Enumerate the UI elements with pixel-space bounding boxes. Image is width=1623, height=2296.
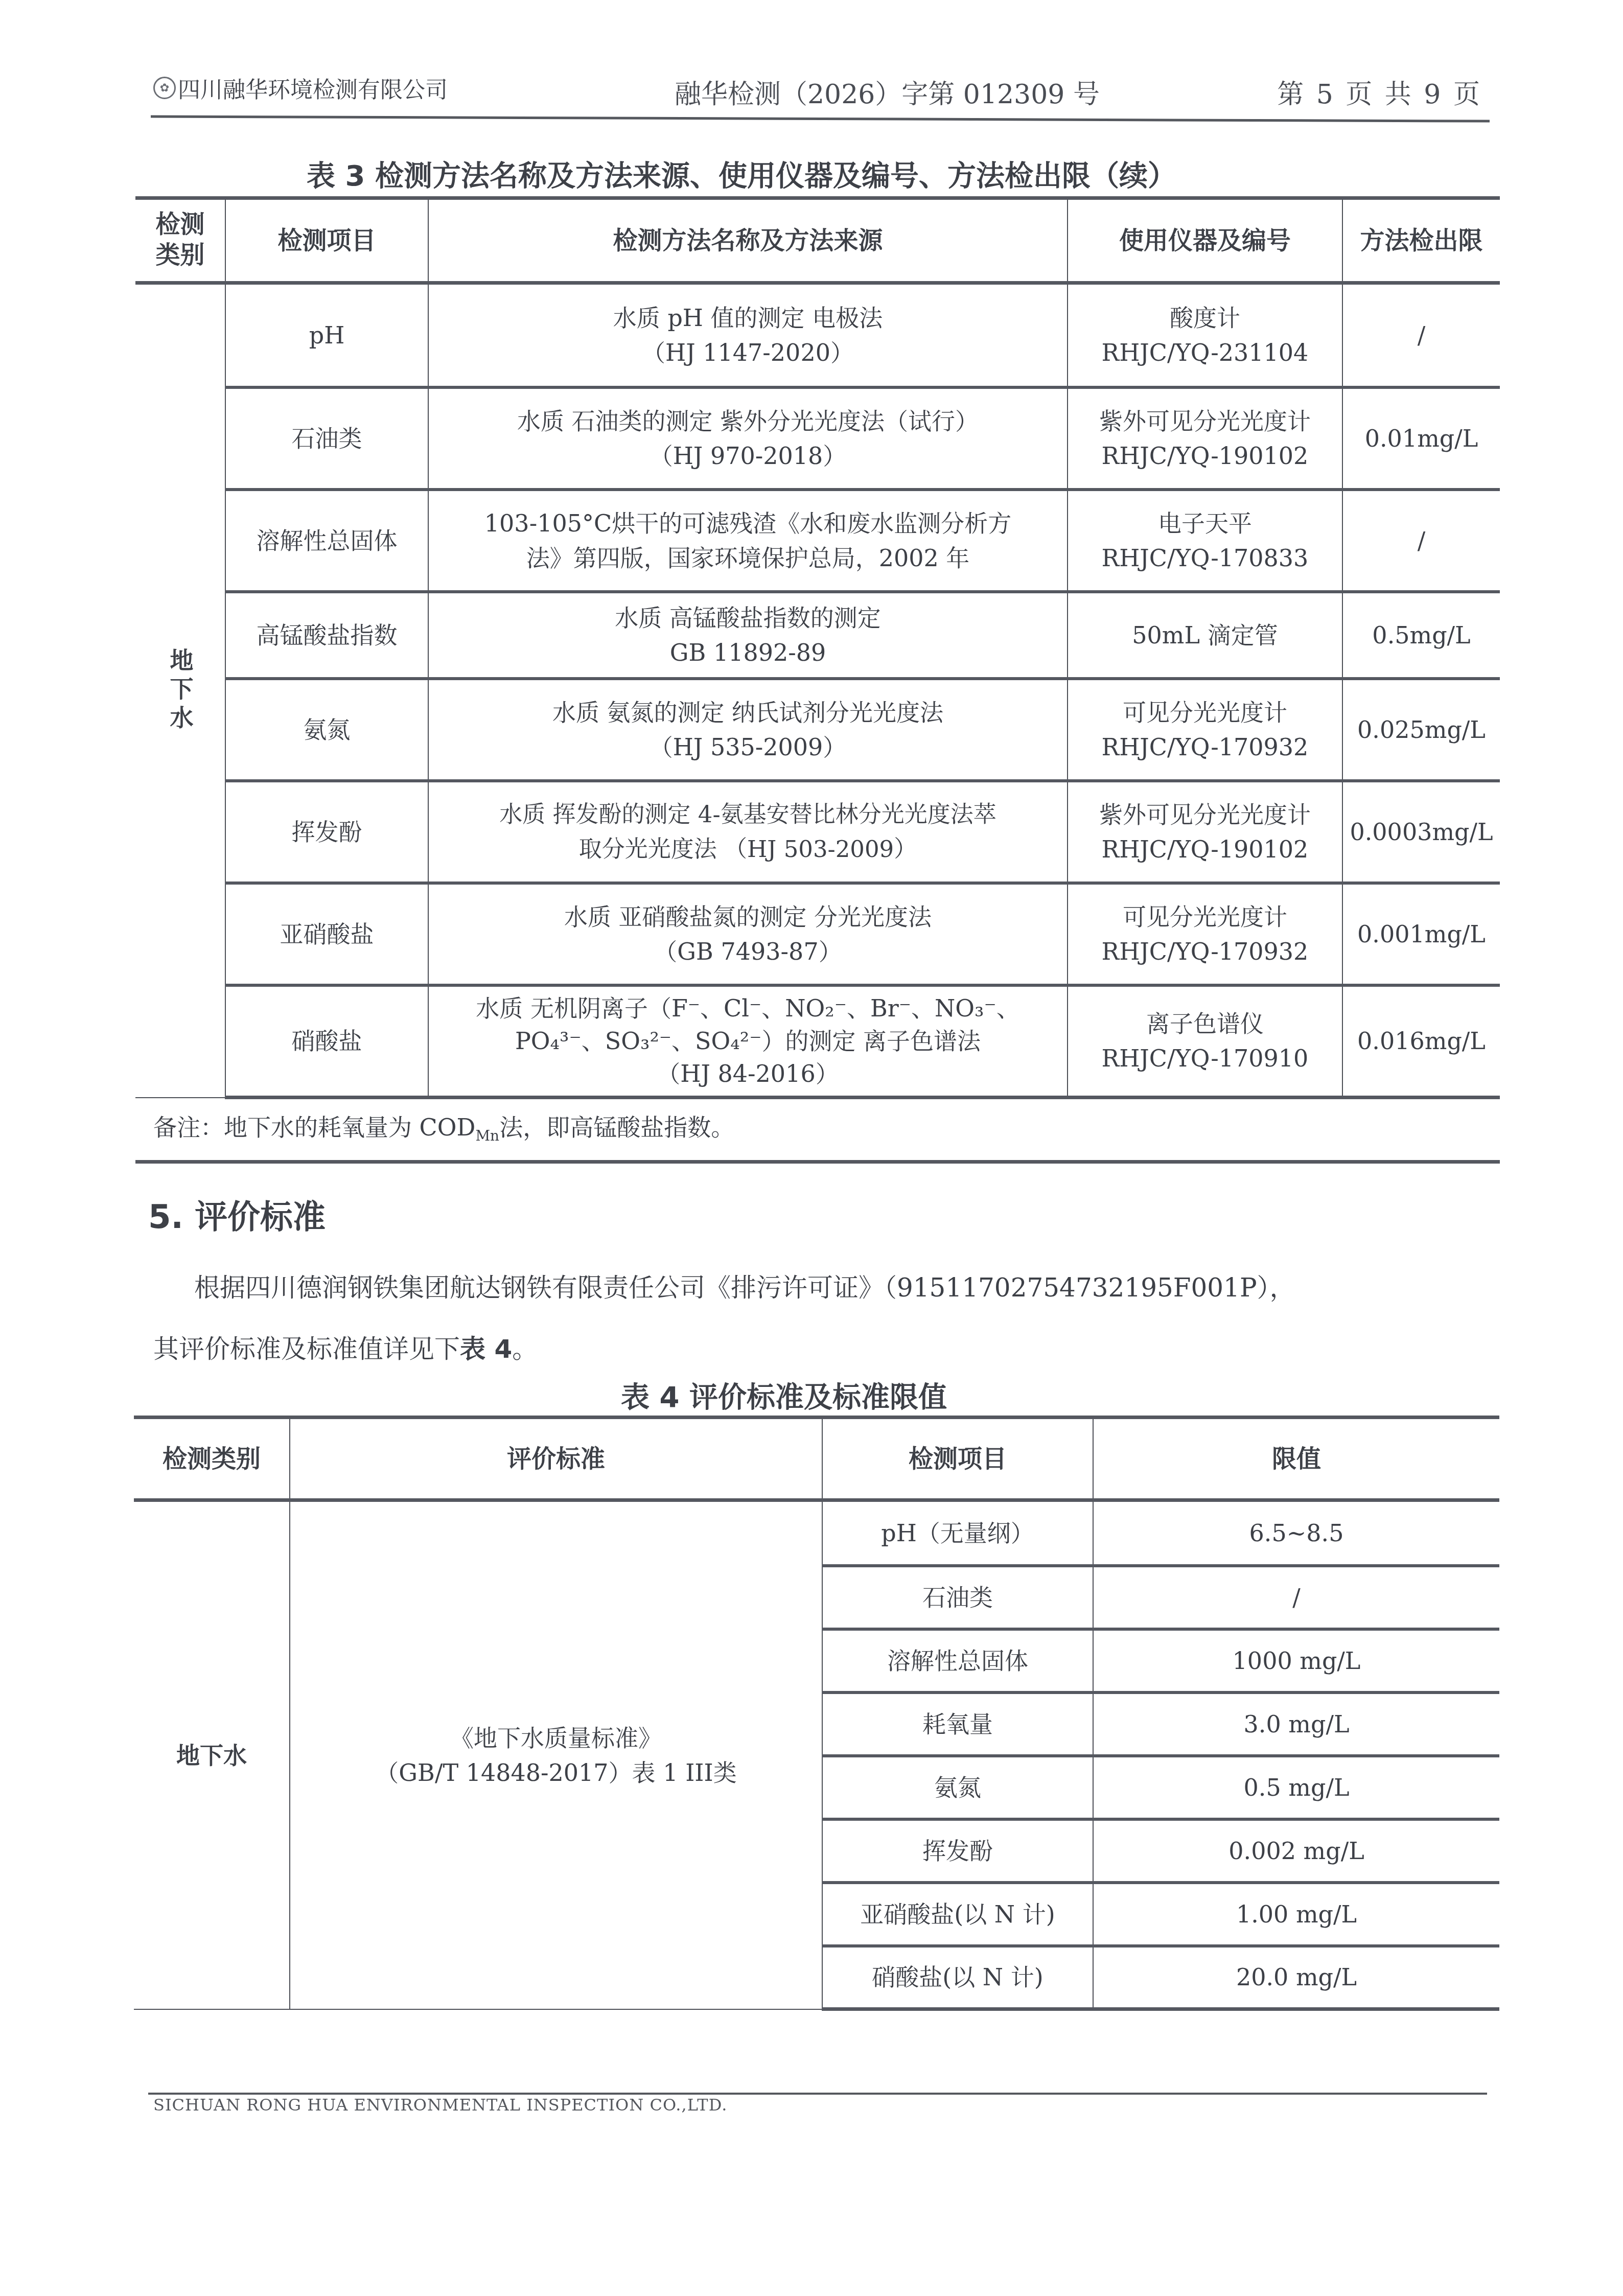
instrument-cell: 紫外可见分光光度计RHJC/YQ-190102 (1068, 387, 1342, 490)
table4-caption: 表 4 评价标准及标准限值 (621, 1375, 947, 1416)
item-cell: 高锰酸盐指数 (225, 592, 428, 679)
th-limit: 方法检出限 (1342, 198, 1500, 283)
company-name: 四川融华环境检测有限公司 (178, 72, 448, 104)
item-cell: 氨氮 (225, 679, 428, 781)
footer-company-en: SICHUAN RONG HUA ENVIRONMENTAL INSPECTIO… (153, 2095, 727, 2115)
paragraph-line-2: 其评价标准及标准值详见下表 4。 (153, 1329, 1502, 1365)
table-row: 高锰酸盐指数 水质 高锰酸盐指数的测定GB 11892-89 50mL 滴定管 … (135, 592, 1500, 679)
page-header: ✿ 四川融华环境检测有限公司 融华检测（2026）字第 012309 号 第 5… (153, 72, 1482, 112)
table-row: 地下水 pH 水质 pH 值的测定 电极法（HJ 1147-2020） 酸度计R… (135, 283, 1500, 387)
standard-cell: 《地下水质量标准》（GB/T 14848-2017）表 1 III类 (290, 1500, 822, 2009)
limit-cell: 1000 mg/L (1093, 1629, 1499, 1692)
table-row: 石油类 水质 石油类的测定 紫外分光光度法（试行）（HJ 970-2018） 紫… (135, 387, 1500, 490)
method-cell: 水质 氨氮的测定 纳氏试剂分光光度法（HJ 535-2009） (428, 679, 1068, 781)
report-number: 融华检测（2026）字第 012309 号 (675, 73, 1100, 111)
table3-caption: 表 3 检测方法名称及方法来源、使用仪器及编号、方法检出限（续） (307, 153, 1176, 194)
limit-cell: / (1342, 283, 1500, 387)
method-cell: 水质 高锰酸盐指数的测定GB 11892-89 (428, 592, 1068, 679)
item-cell: 挥发酚 (225, 781, 428, 883)
limit-cell: 0.016mg/L (1342, 985, 1500, 1098)
th-limit: 限值 (1093, 1418, 1499, 1500)
method-cell: 水质 石油类的测定 紫外分光光度法（试行）（HJ 970-2018） (428, 387, 1068, 490)
limit-cell: 0.5mg/L (1342, 592, 1500, 679)
method-cell: 103-105°C烘干的可滤残渣《水和废水监测分析方法》第四版，国家环境保护总局… (428, 490, 1068, 592)
limit-cell: 1.00 mg/L (1093, 1883, 1499, 1946)
limit-cell: 0.002 mg/L (1093, 1819, 1499, 1883)
item-cell: 氨氮 (822, 1756, 1093, 1819)
instrument-cell: 可见分光光度计RHJC/YQ-170932 (1068, 883, 1342, 985)
item-cell: 石油类 (822, 1566, 1093, 1629)
limit-cell: 0.025mg/L (1342, 679, 1500, 781)
th-category: 检测类别 (135, 198, 225, 283)
item-cell: 硝酸盐(以 N 计) (822, 1946, 1093, 2009)
th-item: 检测项目 (822, 1418, 1093, 1500)
limit-cell: 6.5~8.5 (1093, 1500, 1499, 1566)
instrument-cell: 紫外可见分光光度计RHJC/YQ-190102 (1068, 781, 1342, 883)
limit-cell: 0.5 mg/L (1093, 1756, 1499, 1819)
item-cell: 石油类 (225, 387, 428, 490)
item-cell: 溶解性总固体 (822, 1629, 1093, 1692)
header-divider (151, 115, 1490, 122)
limit-cell: 20.0 mg/L (1093, 1946, 1499, 2009)
limit-cell: 0.01mg/L (1342, 387, 1500, 490)
table4-header-row: 检测类别 评价标准 检测项目 限值 (134, 1418, 1499, 1500)
header-company: ✿ 四川融华环境检测有限公司 (153, 72, 448, 104)
item-cell: 亚硝酸盐 (225, 883, 428, 985)
company-seal-icon: ✿ (153, 77, 176, 99)
section-title: 5. 评价标准 (148, 1191, 326, 1238)
method-cell: 水质 pH 值的测定 电极法（HJ 1147-2020） (428, 283, 1068, 387)
table-row: 硝酸盐 水质 无机阴离子（F⁻、Cl⁻、NO₂⁻、Br⁻、NO₃⁻、PO₄³⁻、… (135, 985, 1500, 1098)
category-cell: 地下水 (135, 283, 225, 1098)
category-cell: 地下水 (134, 1500, 290, 2009)
method-cell: 水质 亚硝酸盐氮的测定 分光光度法（GB 7493-87） (428, 883, 1068, 985)
limit-cell: / (1093, 1566, 1499, 1629)
table3-note: 备注：地下水的耗氧量为 CODMn法，即高锰酸盐指数。 (153, 1109, 734, 1144)
instrument-cell: 可见分光光度计RHJC/YQ-170932 (1068, 679, 1342, 781)
table4-standards: 检测类别 评价标准 检测项目 限值 地下水 《地下水质量标准》（GB/T 148… (134, 1416, 1499, 2011)
table3-header-row: 检测类别 检测项目 检测方法名称及方法来源 使用仪器及编号 方法检出限 (135, 198, 1500, 283)
item-cell: pH (225, 283, 428, 387)
item-cell: 溶解性总固体 (225, 490, 428, 592)
method-cell: 水质 无机阴离子（F⁻、Cl⁻、NO₂⁻、Br⁻、NO₃⁻、PO₄³⁻、SO₃²… (428, 985, 1068, 1098)
instrument-cell: 酸度计RHJC/YQ-231104 (1068, 283, 1342, 387)
table-row: 溶解性总固体 103-105°C烘干的可滤残渣《水和废水监测分析方法》第四版，国… (135, 490, 1500, 592)
table-row: 亚硝酸盐 水质 亚硝酸盐氮的测定 分光光度法（GB 7493-87） 可见分光光… (135, 883, 1500, 985)
th-standard: 评价标准 (290, 1418, 822, 1500)
page-indicator: 第 5 页 共 9 页 (1277, 73, 1482, 111)
limit-cell: 0.001mg/L (1342, 883, 1500, 985)
table-row: 氨氮 水质 氨氮的测定 纳氏试剂分光光度法（HJ 535-2009） 可见分光光… (135, 679, 1500, 781)
th-item: 检测项目 (225, 198, 428, 283)
limit-cell: 3.0 mg/L (1093, 1692, 1499, 1756)
item-cell: 亚硝酸盐(以 N 计) (822, 1883, 1093, 1946)
instrument-cell: 50mL 滴定管 (1068, 592, 1342, 679)
item-cell: 耗氧量 (822, 1692, 1093, 1756)
method-cell: 水质 挥发酚的测定 4-氨基安替比林分光光度法萃取分光光度法 （HJ 503-2… (428, 781, 1068, 883)
note-divider (135, 1160, 1500, 1164)
instrument-cell: 电子天平RHJC/YQ-170833 (1068, 490, 1342, 592)
th-instrument: 使用仪器及编号 (1068, 198, 1342, 283)
table-row: 地下水 《地下水质量标准》（GB/T 14848-2017）表 1 III类 p… (134, 1500, 1499, 1566)
item-cell: pH（无量纲） (822, 1500, 1093, 1566)
limit-cell: 0.0003mg/L (1342, 781, 1500, 883)
item-cell: 硝酸盐 (225, 985, 428, 1098)
table-row: 挥发酚 水质 挥发酚的测定 4-氨基安替比林分光光度法萃取分光光度法 （HJ 5… (135, 781, 1500, 883)
instrument-cell: 离子色谱仪RHJC/YQ-170910 (1068, 985, 1342, 1098)
th-method: 检测方法名称及方法来源 (428, 198, 1068, 283)
limit-cell: / (1342, 490, 1500, 592)
table3-methods: 检测类别 检测项目 检测方法名称及方法来源 使用仪器及编号 方法检出限 地下水 … (135, 196, 1500, 1099)
th-category: 检测类别 (134, 1418, 290, 1500)
paragraph-line-1: 根据四川德润钢铁集团航达钢铁有限责任公司《排污许可证》（915117027547… (194, 1267, 1543, 1304)
footer-divider (148, 2093, 1487, 2095)
item-cell: 挥发酚 (822, 1819, 1093, 1883)
